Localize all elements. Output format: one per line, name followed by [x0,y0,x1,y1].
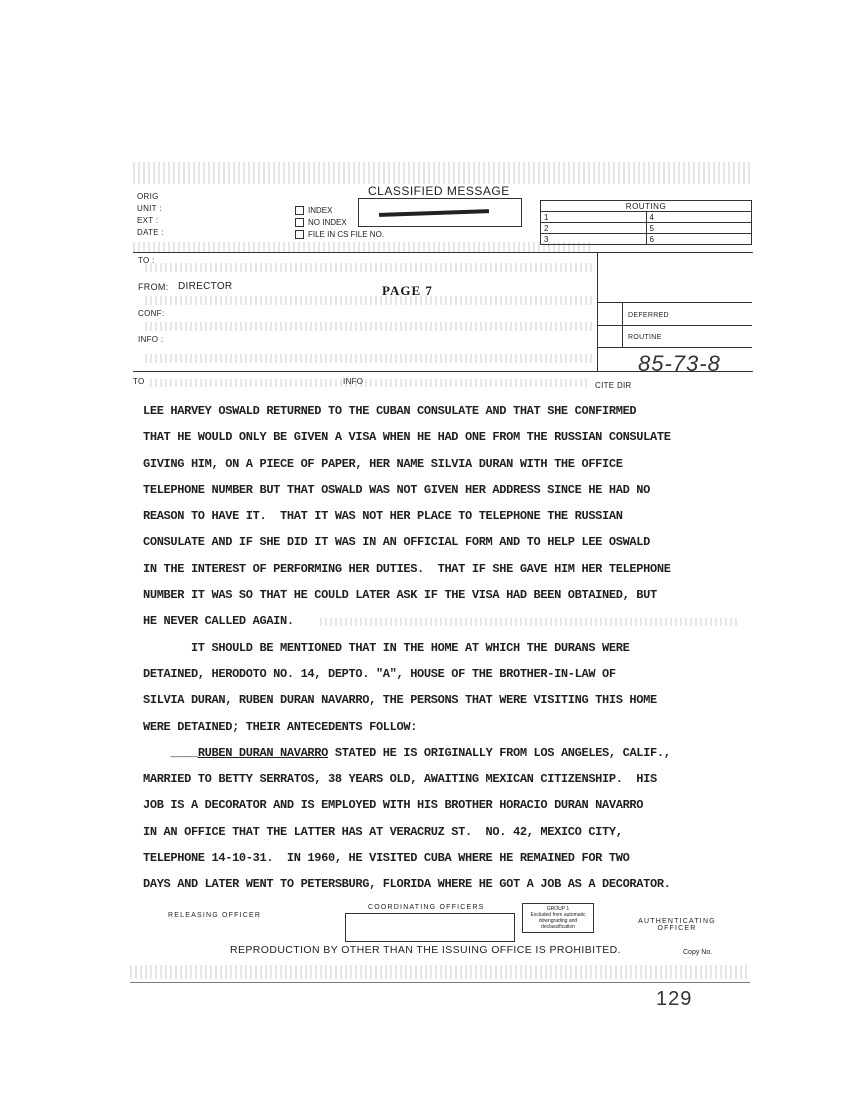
from-label: FROM: [138,282,169,292]
date-label: DATE : [137,228,164,237]
group-stamp: GROUP 1 Excluded from automatic downgrad… [522,903,594,933]
handwritten-number: 85-73-8 [638,351,721,377]
scan-noise [130,965,750,979]
routing-cell: 5 [646,223,752,234]
conf-label: CONF: [138,309,164,318]
body-line: GIVING HIM, ON A PIECE OF PAPER, HER NAM… [143,457,783,483]
divider [597,347,752,348]
routing-cell: 6 [646,234,752,245]
scan-noise [145,296,595,305]
routing-row: 36 [541,234,752,245]
authenticating-officer-label: AUTHENTICATING OFFICER [632,918,722,932]
divider [130,982,750,983]
redaction-strike [379,209,489,217]
scan-noise [133,242,593,252]
precedence-routine: ROUTINE [628,334,662,341]
body-line: NUMBER IT WAS SO THAT HE COULD LATER ASK… [143,588,783,614]
reproduction-notice: REPRODUCTION BY OTHER THAN THE ISSUING O… [230,944,621,956]
copy-number-label: Copy No. [683,949,712,956]
scan-noise [150,379,590,387]
routing-cell: 2 [541,223,647,234]
subject-name: RUBEN DURAN NAVARRO [198,746,328,760]
to-label: TO : [138,256,155,265]
file-in-cs-checkbox[interactable]: FILE IN CS FILE NO. [295,230,384,239]
routing-row: 14 [541,212,752,223]
routing-cell: 4 [646,212,752,223]
divider [133,371,753,372]
releasing-officer-label: RELEASING OFFICER [168,912,261,919]
routing-header: ROUTING [541,201,752,212]
divider [622,302,623,347]
page-number: PAGE 7 [382,283,433,299]
body-line: IN AN OFFICE THAT THE LATTER HAS AT VERA… [143,825,783,851]
scan-noise [145,263,595,272]
body-line: TELEPHONE 14-10-31. IN 1960, HE VISITED … [143,851,783,877]
body-line: THAT HE WOULD ONLY BE GIVEN A VISA WHEN … [143,430,783,456]
checkbox-icon [295,206,304,215]
body-line: HE NEVER CALLED AGAIN. [143,614,783,640]
body-line: MARRIED TO BETTY SERRATOS, 38 YEARS OLD,… [143,772,783,798]
scan-noise [145,322,595,331]
body-line: WERE DETAINED; THEIR ANTECEDENTS FOLLOW: [143,720,783,746]
checkbox-icon [295,230,304,239]
routing-cell: 1 [541,212,647,223]
subheader-to: TO [133,377,145,386]
body-line: SILVIA DURAN, RUBEN DURAN NAVARRO, THE P… [143,693,783,719]
routing-cell: 3 [541,234,647,245]
body-line: TELEPHONE NUMBER BUT THAT OSWALD WAS NOT… [143,483,783,509]
divider [597,325,752,326]
body-line: DAYS AND LATER WENT TO PETERSBURG, FLORI… [143,877,783,903]
checkbox-icon [295,218,304,227]
subheader-info: INFO [343,377,363,386]
form-title: CLASSIFIED MESSAGE [368,184,510,198]
from-value: DIRECTOR [178,281,232,292]
divider [597,252,598,372]
no-index-label: NO INDEX [308,218,347,227]
folio-number: 129 [656,988,692,1011]
coordinating-officers-label: COORDINATING OFFICERS [368,904,484,911]
index-checkbox[interactable]: INDEX [295,206,332,215]
classification-stamp [358,198,522,227]
body-line: CONSULATE AND IF SHE DID IT WAS IN AN OF… [143,535,783,561]
body-line: IN THE INTEREST OF PERFORMING HER DUTIES… [143,562,783,588]
unit-label: UNIT : [137,204,162,213]
orig-label: ORIG [137,192,159,201]
file-in-cs-label: FILE IN CS FILE NO. [308,230,384,239]
indent: ____ [143,746,198,760]
document-page: CLASSIFIED MESSAGE ORIG UNIT : EXT : DAT… [0,0,856,1103]
divider [133,252,753,253]
divider [597,302,752,303]
precedence-deferred: DEFERRED [628,312,669,319]
body-text-segment: STATED HE IS ORIGINALLY FROM LOS ANGELES… [328,746,671,760]
coordinating-officers-box [345,913,515,942]
scan-noise [145,354,595,363]
info-label: INFO : [138,335,163,344]
body-line: LEE HARVEY OSWALD RETURNED TO THE CUBAN … [143,404,783,430]
body-line: REASON TO HAVE IT. THAT IT WAS NOT HER P… [143,509,783,535]
no-index-checkbox[interactable]: NO INDEX [295,218,347,227]
routing-table: ROUTING 14 25 36 [540,200,752,245]
index-label: INDEX [308,206,332,215]
subheader-cite: CITE DIR [595,381,632,390]
message-body: LEE HARVEY OSWALD RETURNED TO THE CUBAN … [143,404,783,904]
body-line: ____RUBEN DURAN NAVARRO STATED HE IS ORI… [143,746,783,772]
group-line: declassification [525,924,591,930]
body-line: JOB IS A DECORATOR AND IS EMPLOYED WITH … [143,798,783,824]
ext-label: EXT : [137,216,158,225]
body-line: DETAINED, HERODOTO NO. 14, DEPTO. "A", H… [143,667,783,693]
scan-noise [133,162,753,184]
body-line: IT SHOULD BE MENTIONED THAT IN THE HOME … [143,641,783,667]
routing-row: 25 [541,223,752,234]
